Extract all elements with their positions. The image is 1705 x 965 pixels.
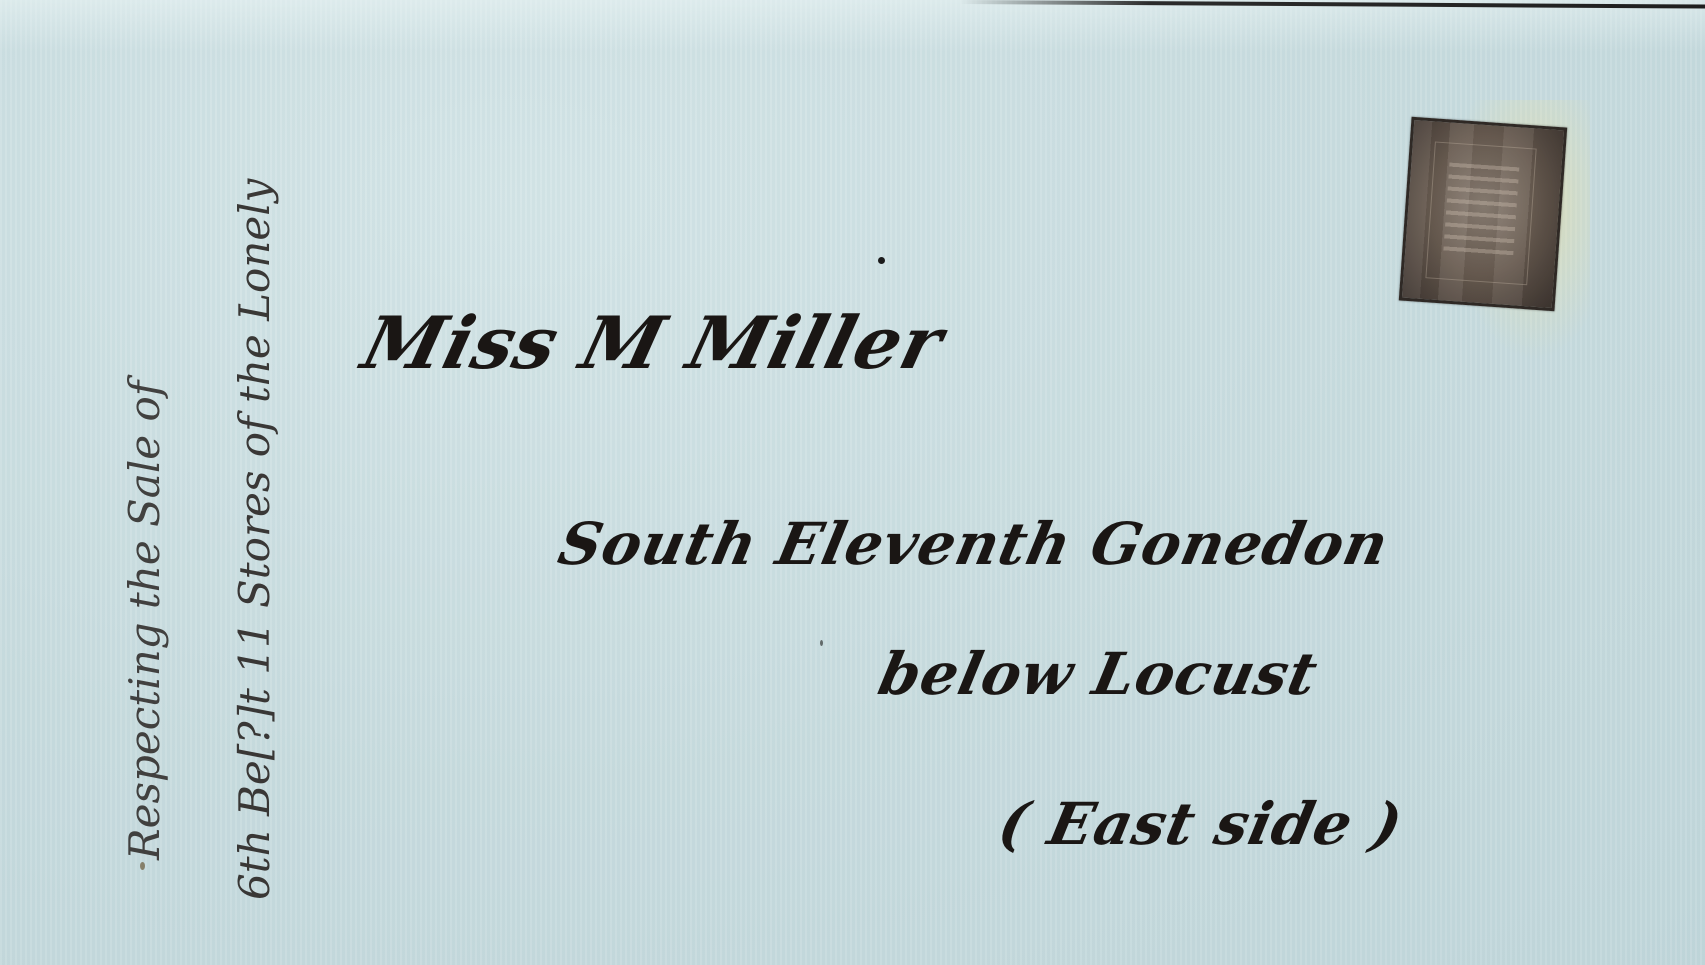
address-line-2: below Locust bbox=[873, 640, 1324, 708]
ink-speck bbox=[878, 257, 885, 264]
address-line-1: South Eleventh Gonedon bbox=[553, 510, 1395, 578]
docket-line-1: Respecting the Sale of bbox=[120, 381, 169, 860]
ink-speck bbox=[820, 640, 823, 646]
addressee-name: Miss M Miller bbox=[354, 300, 952, 385]
stamp-design bbox=[1443, 163, 1519, 263]
docket-line-2: 6th Be[?]t 11 Stores of the Lonely bbox=[230, 179, 279, 900]
paper-stain bbox=[140, 862, 145, 870]
postage-stamp bbox=[1399, 117, 1567, 311]
envelope: Respecting the Sale of 6th Be[?]t 11 Sto… bbox=[0, 0, 1705, 965]
address-line-3: ( East side ) bbox=[993, 790, 1409, 858]
paper-top-band bbox=[0, 0, 1705, 52]
